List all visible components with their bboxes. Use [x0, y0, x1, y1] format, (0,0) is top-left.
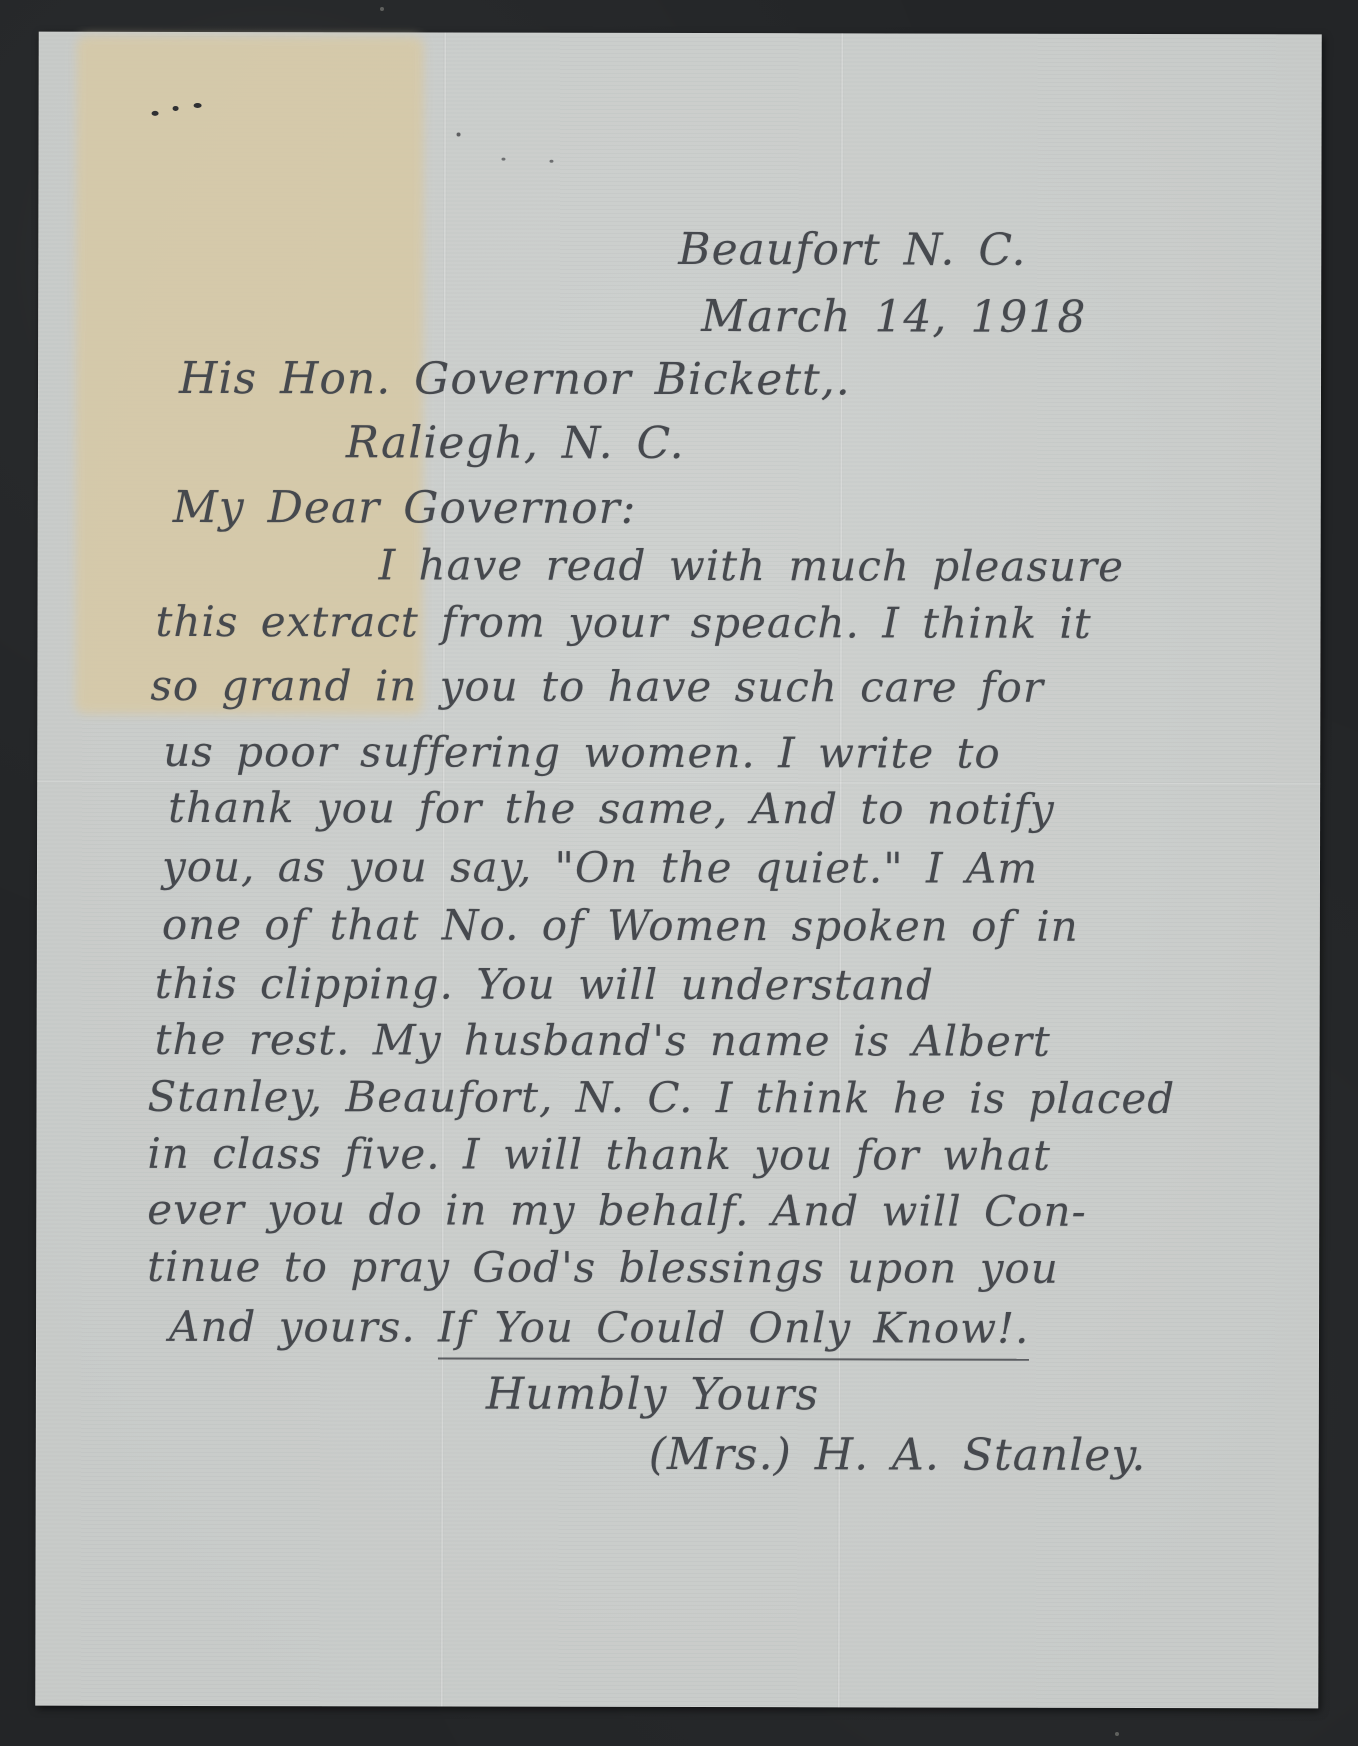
body-line-7: one of that No. of Women spoken of in: [162, 904, 1079, 948]
dust-speck: [380, 7, 384, 11]
dust-speck: [1115, 1732, 1119, 1736]
dateline-date: March 14, 1918: [701, 295, 1086, 340]
body-line-5: thank you for the same, And to notify: [168, 787, 1055, 831]
salutation: My Dear Governor:: [173, 486, 637, 531]
dateline-place: Beaufort N. C.: [678, 228, 1026, 273]
recipient-line-1: His Hon. Governor Bickett,.: [179, 357, 851, 402]
ink-speck: [549, 160, 553, 163]
ink-speck: [457, 133, 461, 137]
body-line-14: And yours. If You Could Only Know!.: [169, 1306, 1029, 1350]
body-line-2: this extract from your speach. I think i…: [155, 601, 1091, 645]
body-line-1: I have read with much pleasure: [379, 544, 1124, 588]
body-line-9: the rest. My husband's name is Albert: [155, 1019, 1051, 1063]
body-line-8: this clipping. You will understand: [155, 963, 934, 1007]
body-line-6: you, as you say, "On the quiet." I Am: [162, 846, 1038, 890]
recipient-line-2: Raliegh, N. C.: [346, 421, 685, 466]
signature: (Mrs.) H. A. Stanley.: [649, 1433, 1147, 1478]
body-line-11: in class five. I will thank you for what: [147, 1133, 1051, 1177]
body-line-13: tinue to pray God's blessings upon you: [147, 1246, 1059, 1290]
scan-background: Beaufort N. C. March 14, 1918 His Hon. G…: [0, 0, 1358, 1746]
ink-speck: [194, 103, 202, 108]
body-line-12: ever you do in my behalf. And will Con-: [147, 1189, 1087, 1233]
ink-speck: [501, 158, 505, 161]
body-line-14-text: And yours.: [169, 1302, 416, 1352]
body-line-10: Stanley, Beaufort, N. C. I think he is p…: [147, 1076, 1175, 1120]
letter-paper: Beaufort N. C. March 14, 1918 His Hon. G…: [35, 32, 1322, 1709]
ink-speck: [173, 106, 179, 111]
ink-speck: [152, 111, 159, 116]
body-line-3: so grand in you to have such care for: [150, 665, 1044, 709]
body-line-4: us poor suffering women. I write to: [163, 731, 1001, 775]
underlined-phrase: If You Could Only Know!.: [438, 1302, 1029, 1360]
closing: Humbly Yours: [486, 1373, 819, 1418]
